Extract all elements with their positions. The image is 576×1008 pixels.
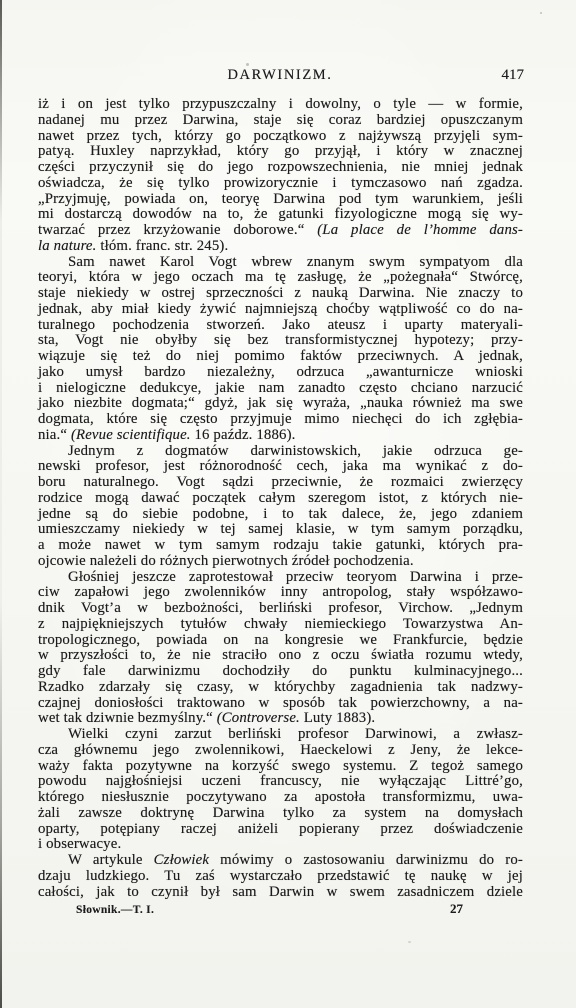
text-line: żali zawsze doktrynę Darwina tylko za sy… <box>38 806 523 822</box>
text-segment: którego niesłusznie poczytywano za apost… <box>38 789 523 805</box>
text-segment: tropologicznego, powiada on na kongresie… <box>38 632 523 648</box>
text-segment: Wielki czyni zarzut berliński profesor D… <box>68 726 523 742</box>
text-segment: boru naturalnego. Vogt sądzi przeciwnie,… <box>38 474 523 490</box>
text-line: jako niezbite dogmata;“ gdyż, jak się wy… <box>38 396 523 412</box>
text-segment: patyą. Huxley naprzykład, który go przyj… <box>38 143 523 159</box>
text-line: cza głównemu jego zwolennikowi, Haeckelo… <box>38 743 523 759</box>
text-line: rodzice mogą dawać początek całym szereg… <box>38 491 523 507</box>
text-segment: nawet przez tych, którzy go początkowo z… <box>38 128 523 144</box>
text-line: ojcowie należeli do różnych pierwotnych … <box>38 554 523 570</box>
text-segment: Rzadko zdarzały się czasy, w którychby z… <box>38 679 523 695</box>
italic-text-segment: (La place de l’homme dans- <box>317 222 523 238</box>
text-segment: iż i on jest tylko przypuszczalny i dowo… <box>38 96 523 112</box>
text-segment: powodu najgłośniejsi uczeni francuscy, n… <box>38 773 523 789</box>
text-segment: czajnej doniosłości traktowano w sposób … <box>38 695 523 711</box>
text-segment: turalnego pochodzenia stworzeń. Jako ate… <box>38 317 523 333</box>
text-line: Wielki czyni zarzut berliński profesor D… <box>38 727 523 743</box>
text-segment: wiązuje się też do niej pomimo faktów pr… <box>38 348 523 364</box>
body-text: iż i on jest tylko przypuszczalny i dowo… <box>38 97 523 900</box>
text-segment: Jednym z dogmatów darwinistowskich, jaki… <box>68 443 523 459</box>
text-segment: W artykule <box>68 852 154 868</box>
text-segment: Głośniej jeszcze zaprotestował przeciw t… <box>68 569 523 585</box>
text-line: W artykule Człowiek mówimy o zastosowani… <box>38 853 523 869</box>
text-segment: dnik Vogt’a w bezbożności, berliński pro… <box>38 600 523 616</box>
text-line: i nielogiczne dedukcye, jakie nam zanadt… <box>38 381 523 397</box>
text-line: wiązuje się też do niej pomimo faktów pr… <box>38 349 523 365</box>
text-line: la nature. tłóm. franc. str. 245). <box>38 239 523 255</box>
text-segment: „Przyjmuję, powiada on, teoryę Darwina p… <box>38 191 523 207</box>
text-segment: staje niekiedy w ostrej sprzeczności z n… <box>38 285 523 301</box>
text-line: gdy fale darwinizmu dochodziły do punktu… <box>38 664 523 680</box>
text-segment: dogmata, które się często przyjmuje mimo… <box>38 411 523 427</box>
text-line: sta, Vogt nie obyłby się bez transformis… <box>38 333 523 349</box>
text-line: umieszczamy niekiedy w tej samej klasie,… <box>38 522 523 538</box>
text-segment: twarzać przez krzyżowanie doborowe.“ <box>38 222 317 238</box>
text-segment: rodzice mogą dawać początek całym szereg… <box>38 490 523 506</box>
text-segment: ciw zapałowi jego zwolenników inny antro… <box>38 584 523 600</box>
text-segment: waży fakta pozytywne na korzyść swego sy… <box>38 758 523 774</box>
text-segment: gdy fale darwinizmu dochodziły do punktu… <box>38 663 523 679</box>
text-line: Głośniej jeszcze zaprotestował przeciw t… <box>38 570 523 586</box>
text-line: nadanej mu przez Darwina, staje się cora… <box>38 113 523 129</box>
text-line: wet tak dziwnie bezmyślny.“ (Controverse… <box>38 711 523 727</box>
text-segment: jednak, aby miał kiedy żywić najmniejszą… <box>38 301 523 317</box>
sheet-number: 27 <box>450 901 463 917</box>
text-line: Jednym z dogmatów darwinistowskich, jaki… <box>38 444 523 460</box>
text-line: dnik Vogt’a w bezbożności, berliński pro… <box>38 601 523 617</box>
italic-text-segment: Człowiek <box>154 852 221 868</box>
text-line: staje niekiedy w ostrej sprzeczności z n… <box>38 286 523 302</box>
text-line: turalnego pochodzenia stworzeń. Jako ate… <box>38 318 523 334</box>
scan-edge-artifact <box>0 0 2 1008</box>
scan-speck <box>540 12 542 14</box>
text-line: iż i on jest tylko przypuszczalny i dowo… <box>38 97 523 113</box>
text-segment: mówimy o zastosowaniu darwinizmu do ro- <box>220 852 523 868</box>
text-segment: oświadcza, że się tylko prowizorycznie i… <box>38 175 523 191</box>
text-line: i obserwacye. <box>38 837 523 853</box>
text-segment: wet tak dziwnie bezmyślny.“ <box>38 710 217 726</box>
text-line: teoryi, która w jego oczach ma tę zasług… <box>38 270 523 286</box>
scan-speck <box>246 63 249 66</box>
text-line: całości, jak to czynił był sam Darwin w … <box>38 885 523 901</box>
text-line: nia.“ (Revue scientifique. 16 paźdz. 188… <box>38 428 523 444</box>
scanned-book-page: DARWINIZM. 417 iż i on jest tylko przypu… <box>0 0 576 1008</box>
text-line: mi dostarczą dowodów na to, że gatunki f… <box>38 207 523 223</box>
running-title: DARWINIZM. <box>0 67 568 83</box>
text-line: boru naturalnego. Vogt sądzi przeciwnie,… <box>38 475 523 491</box>
text-line: z najpiękniejszych tytułów chwały niemie… <box>38 617 523 633</box>
text-segment: sta, Vogt nie obyłby się bez transformis… <box>38 332 523 348</box>
text-line: jednak, aby miał kiedy żywić najmniejszą… <box>38 302 523 318</box>
text-line: którego niesłusznie poczytywano za apost… <box>38 790 523 806</box>
text-line: jedne są do siebie podobne, i to tak dal… <box>38 507 523 523</box>
text-segment: 16 paźdz. 1886). <box>194 427 295 443</box>
page-footer: Słownik.—T. I. 27 <box>0 901 576 921</box>
text-segment: Luty 1883). <box>304 710 376 726</box>
text-line: ciw zapałowi jego zwolenników inny antro… <box>38 585 523 601</box>
text-segment: teoryi, która w jego oczach ma tę zasług… <box>38 269 523 285</box>
text-segment: żali zawsze doktrynę Darwina tylko za sy… <box>38 805 523 821</box>
text-line: Sam nawet Karol Vogt wbrew znanym swym s… <box>38 255 523 271</box>
text-line: waży fakta pozytywne na korzyść swego sy… <box>38 759 523 775</box>
italic-text-segment: (Controverse. <box>217 710 304 726</box>
text-line: w przyszłości to, że nie straciło ono z … <box>38 648 523 664</box>
text-segment: tłóm. franc. str. 245). <box>100 238 228 254</box>
text-segment: a może nawet w tym samym rodzaju takie g… <box>38 537 523 553</box>
text-line: patyą. Huxley naprzykład, który go przyj… <box>38 144 523 160</box>
text-line: dzaju ludzkiego. Tu zaś wystarczało prze… <box>38 869 523 885</box>
text-segment: i obserwacye. <box>38 836 121 852</box>
text-segment: Sam nawet Karol Vogt wbrew znanym swym s… <box>68 254 523 270</box>
volume-signature: Słownik.—T. I. <box>76 904 154 916</box>
text-segment: i nielogiczne dedukcye, jakie nam zanadt… <box>38 380 523 396</box>
text-segment: z najpiękniejszych tytułów chwały niemie… <box>38 616 523 632</box>
text-line: oświadcza, że się tylko prowizorycznie i… <box>38 176 523 192</box>
text-line: dogmata, które się często przyjmuje mimo… <box>38 412 523 428</box>
text-segment: umieszczamy niekiedy w tej samej klasie,… <box>38 521 523 537</box>
text-segment: newski profesor, jest różnorodność cech,… <box>38 458 523 474</box>
text-segment: dzaju ludzkiego. Tu zaś wystarczało prze… <box>38 868 523 884</box>
text-line: nawet przez tych, którzy go początkowo z… <box>38 129 523 145</box>
text-segment: jedne są do siebie podobne, i to tak dal… <box>38 506 523 522</box>
text-segment: oparty, potępiany raczej aniżeli popiera… <box>38 821 523 837</box>
text-segment: nia.“ <box>38 427 71 443</box>
text-segment: części przyczynił się do jego rozpowszec… <box>38 159 523 175</box>
text-line: Rzadko zdarzały się czasy, w którychby z… <box>38 680 523 696</box>
text-line: newski profesor, jest różnorodność cech,… <box>38 459 523 475</box>
text-segment: mi dostarczą dowodów na to, że gatunki f… <box>38 206 523 222</box>
text-segment: ojcowie należeli do różnych pierwotnych … <box>38 553 414 569</box>
text-line: „Przyjmuję, powiada on, teoryę Darwina p… <box>38 192 523 208</box>
page-number: 417 <box>502 67 525 83</box>
page-header: DARWINIZM. 417 <box>0 67 576 85</box>
text-line: tropologicznego, powiada on na kongresie… <box>38 633 523 649</box>
text-segment: jako umysł bardzo niezależny, odrzuca „a… <box>38 364 523 380</box>
italic-text-segment: la nature. <box>38 238 100 254</box>
text-segment: całości, jak to czynił był sam Darwin w … <box>38 884 523 900</box>
text-segment: cza głównemu jego zwolennikowi, Haeckelo… <box>38 742 523 758</box>
scan-speck <box>408 941 411 943</box>
text-line: czajnej doniosłości traktowano w sposób … <box>38 696 523 712</box>
text-line: części przyczynił się do jego rozpowszec… <box>38 160 523 176</box>
text-line: jako umysł bardzo niezależny, odrzuca „a… <box>38 365 523 381</box>
text-segment: nadanej mu przez Darwina, staje się cora… <box>38 112 523 128</box>
text-line: oparty, potępiany raczej aniżeli popiera… <box>38 822 523 838</box>
text-segment: w przyszłości to, że nie straciło ono z … <box>38 647 523 663</box>
text-line: a może nawet w tym samym rodzaju takie g… <box>38 538 523 554</box>
italic-text-segment: (Revue scientifique. <box>71 427 195 443</box>
text-line: twarzać przez krzyżowanie doborowe.“ (La… <box>38 223 523 239</box>
text-line: powodu najgłośniejsi uczeni francuscy, n… <box>38 774 523 790</box>
text-segment: jako niezbite dogmata;“ gdyż, jak się wy… <box>38 395 523 411</box>
